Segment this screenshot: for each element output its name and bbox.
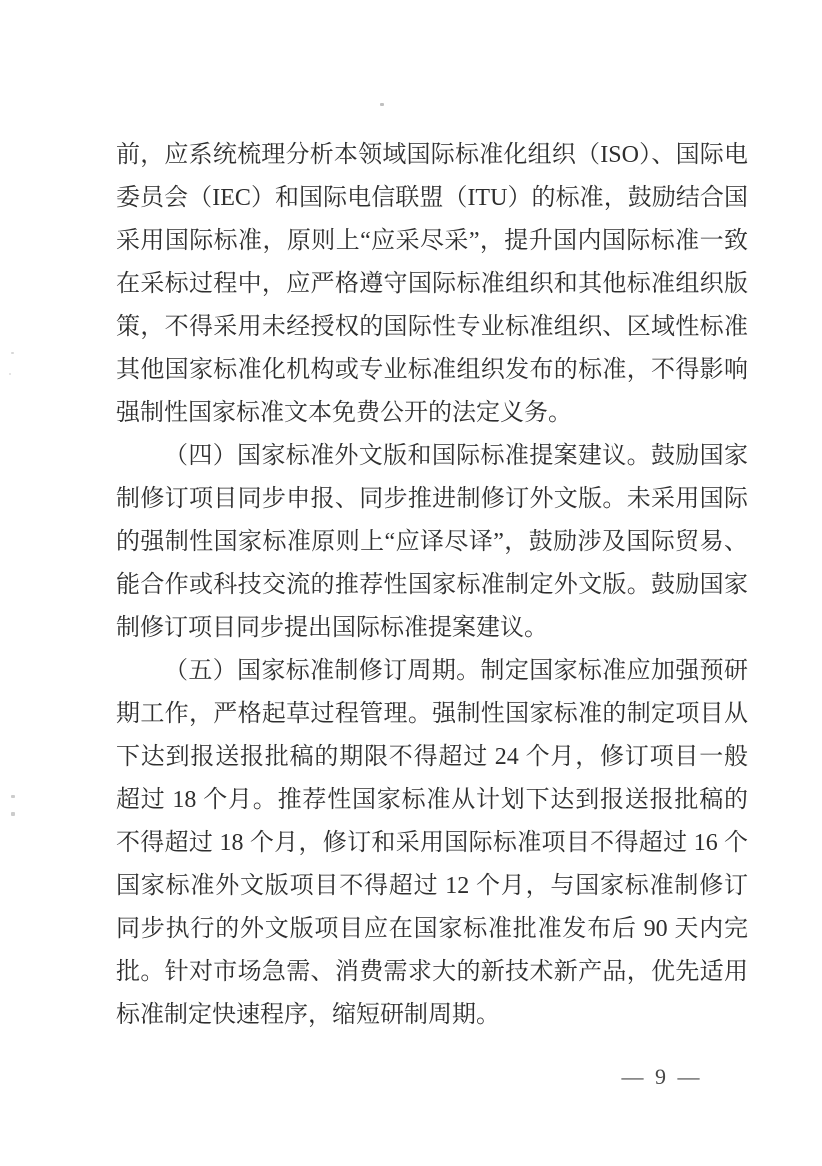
text-line: 强制性国家标准文本免费公开的法定义务。 — [116, 392, 748, 435]
paragraph: 前，应系统梳理分析本领域国际标准化组织（ISO）、国际电工 委员会（IEC）和国… — [116, 134, 748, 435]
text-line: 期工作，严格起草过程管理。强制性国家标准的制定项目从计划 — [116, 693, 748, 736]
page-number: — 9 — — [592, 1060, 732, 1094]
text-line: 下达到报送报批稿的期限不得超过 24 个月，修订项目一般不得 — [116, 736, 748, 779]
text-line: （四）国家标准外文版和国际标准提案建议。鼓励国家标准 — [116, 435, 748, 478]
scan-artifact — [11, 812, 15, 816]
text-line: 委员会（IEC）和国际电信联盟（ITU）的标准，鼓励结合国情 — [116, 177, 748, 220]
scan-artifact — [9, 373, 11, 375]
scan-artifact — [380, 103, 384, 106]
text-line: 能合作或科技交流的推荐性国家标准制定外文版。鼓励国家标准 — [116, 564, 748, 607]
text-line: 策，不得采用未经授权的国际性专业标准组织、区域性标准组织、 — [116, 306, 748, 349]
text-line: 其他国家标准化机构或专业标准组织发布的标准，不得影响履行 — [116, 349, 748, 392]
text-line: 在采标过程中，应严格遵守国际标准组织和其他标准组织版权政 — [116, 263, 748, 306]
text-line: 制修订项目同步提出国际标准提案建议。 — [116, 607, 748, 650]
text-line: 标准制定快速程序，缩短研制周期。 — [116, 994, 748, 1037]
text-line: 国家标准外文版项目不得超过 12 个月，与国家标准制修订计划 — [116, 865, 748, 908]
document-page: 前，应系统梳理分析本领域国际标准化组织（ISO）、国际电工 委员会（IEC）和国… — [0, 0, 822, 1166]
text-line: 超过 18 个月。推荐性国家标准从计划下达到报送报批稿的期限 — [116, 779, 748, 822]
scan-artifact — [11, 795, 15, 798]
text-line: 采用国际标准，原则上“应采尽采”，提升国内国际标准一致性。 — [116, 220, 748, 263]
text-line: 不得超过 18 个月，修订和采用国际标准项目不得超过 16 个月， — [116, 822, 748, 865]
document-text-block: 前，应系统梳理分析本领域国际标准化组织（ISO）、国际电工 委员会（IEC）和国… — [116, 134, 748, 1037]
text-line: （五）国家标准制修订周期。制定国家标准应加强预研和前 — [116, 650, 748, 693]
text-line: 制修订项目同步申报、同步推进制修订外文版。未采用国际标准 — [116, 478, 748, 521]
paragraph: （四）国家标准外文版和国际标准提案建议。鼓励国家标准 制修订项目同步申报、同步推… — [116, 435, 748, 650]
text-line: 同步执行的外文版项目应在国家标准批准发布后 90 天内完成报 — [116, 908, 748, 951]
text-line: 前，应系统梳理分析本领域国际标准化组织（ISO）、国际电工 — [116, 134, 748, 177]
paragraph: （五）国家标准制修订周期。制定国家标准应加强预研和前 期工作，严格起草过程管理。… — [116, 650, 748, 1037]
scan-artifact — [11, 352, 14, 354]
text-line: 批。针对市场急需、消费需求大的新技术新产品，优先适用国家 — [116, 951, 748, 994]
text-line: 的强制性国家标准原则上“应译尽译”，鼓励涉及国际贸易、产 — [116, 521, 748, 564]
